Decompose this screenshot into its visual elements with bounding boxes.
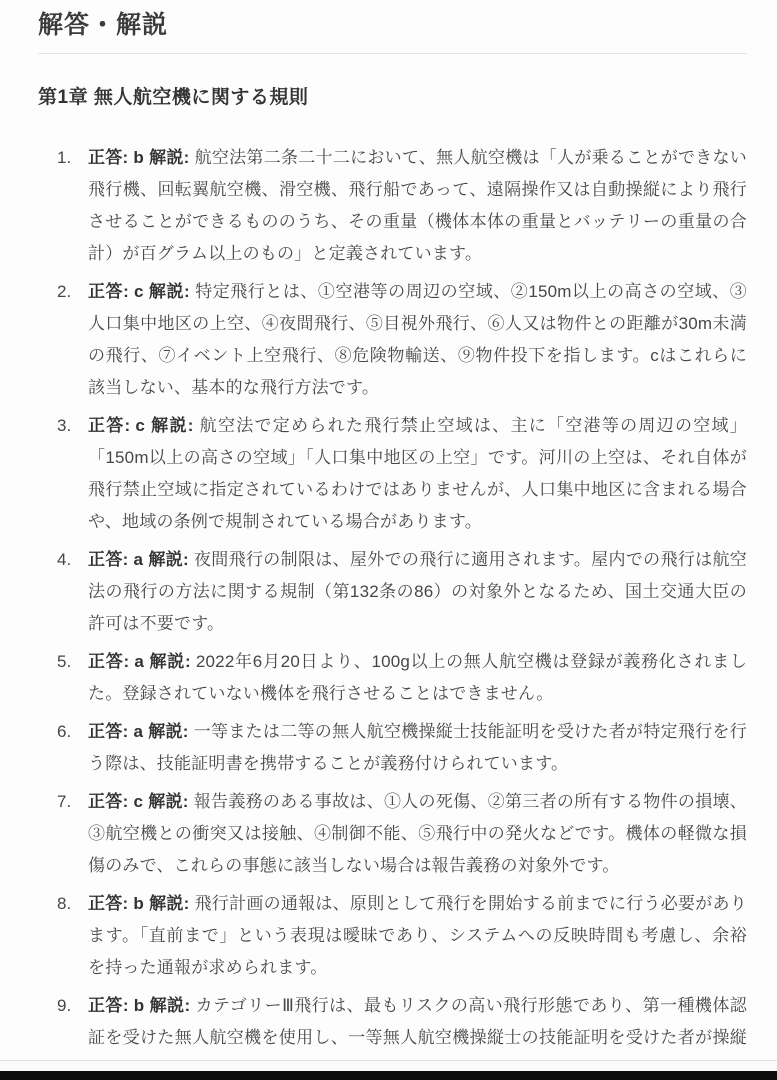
answer-value: a <box>134 652 144 671</box>
answer-item: 8. 正答:b解説:飛行計画の通報は、原則として飛行を開始する前までに行う必要が… <box>38 888 747 984</box>
item-body: 正答:a解説:一等または二等の無人航空機操縦士技能証明を受けた者が特定飛行を行う… <box>88 716 747 780</box>
answer-value: a <box>133 722 143 741</box>
answer-label: 正答: <box>88 550 129 569</box>
explanation-label: 解説: <box>149 652 191 671</box>
answer-item: 2. 正答:c解説:特定飛行とは、①空港等の周辺の空域、②150m以上の高さの空… <box>38 276 747 404</box>
photo-bottom-edge <box>0 1060 777 1071</box>
answer-item: 5. 正答:a解説:2022年6月20日より、100g以上の無人航空機は登録が義… <box>38 646 747 710</box>
explanation-label: 解説: <box>149 996 190 1015</box>
item-number: 9. <box>57 990 88 1022</box>
bottom-black-bar <box>0 1071 777 1080</box>
answer-label: 正答: <box>88 894 128 913</box>
answer-label: 正答: <box>88 652 129 671</box>
answer-label: 正答: <box>88 282 129 301</box>
answers-list: 1. 正答:b解説:航空法第二条二十二において、無人航空機は「人が乗ることができ… <box>38 142 747 1080</box>
explanation-label: 解説: <box>148 550 189 569</box>
item-body: 正答:c解説:航空法で定められた飛行禁止空域は、主に「空港等の周辺の空域」「15… <box>88 410 747 538</box>
answer-label: 正答: <box>88 148 128 167</box>
item-number: 8. <box>57 888 88 920</box>
answer-item: 6. 正答:a解説:一等または二等の無人航空機操縦士技能証明を受けた者が特定飛行… <box>38 716 747 780</box>
answer-value: b <box>133 148 144 167</box>
answer-label: 正答: <box>88 996 129 1015</box>
item-body: 正答:a解説:夜間飛行の制限は、屋外での飛行に適用されます。屋内での飛行は航空法… <box>88 544 747 640</box>
explanation-label: 解説: <box>149 894 189 913</box>
title-divider <box>38 53 747 54</box>
answer-item: 7. 正答:c解説:報告義務のある事故は、①人の死傷、②第三者の所有する物件の損… <box>38 786 747 882</box>
answer-label: 正答: <box>88 722 128 741</box>
item-body: 正答:c解説:報告義務のある事故は、①人の死傷、②第三者の所有する物件の損壊、③… <box>88 786 747 882</box>
explanation-label: 解説: <box>150 416 194 435</box>
answer-item: 3. 正答:c解説:航空法で定められた飛行禁止空域は、主に「空港等の周辺の空域」… <box>38 410 747 538</box>
answer-item: 4. 正答:a解説:夜間飛行の制限は、屋外での飛行に適用されます。屋内での飛行は… <box>38 544 747 640</box>
item-body: 正答:a解説:2022年6月20日より、100g以上の無人航空機は登録が義務化さ… <box>88 646 747 710</box>
item-body: 正答:b解説:飛行計画の通報は、原則として飛行を開始する前までに行う必要がありま… <box>88 888 747 984</box>
item-number: 3. <box>57 410 88 442</box>
explanation-label: 解説: <box>149 282 190 301</box>
answer-value: c <box>135 416 145 435</box>
answer-value: b <box>134 996 145 1015</box>
item-number: 1. <box>57 142 88 174</box>
answer-label: 正答: <box>88 416 130 435</box>
chapter-heading: 第1章 無人航空機に関する規則 <box>38 86 747 110</box>
answer-value: b <box>133 894 144 913</box>
item-body: 正答:b解説:航空法第二条二十二において、無人航空機は「人が乗ることができない飛… <box>88 142 747 270</box>
answer-label: 正答: <box>88 792 128 811</box>
item-number: 2. <box>57 276 88 308</box>
explanation-label: 解説: <box>149 148 190 167</box>
answer-item: 1. 正答:b解説:航空法第二条二十二において、無人航空機は「人が乗ることができ… <box>38 142 747 270</box>
answer-value: c <box>134 282 144 301</box>
answer-sheet-page: 解答・解説 第1章 無人航空機に関する規則 1. 正答:b解説:航空法第二条二十… <box>0 0 777 1080</box>
explanation-label: 解説: <box>148 722 189 741</box>
item-number: 6. <box>57 716 88 748</box>
explanation-label: 解説: <box>148 792 189 811</box>
answer-value: a <box>134 550 144 569</box>
item-number: 5. <box>57 646 88 678</box>
page-title: 解答・解説 <box>38 10 747 40</box>
answer-value: c <box>133 792 143 811</box>
item-number: 7. <box>57 786 88 818</box>
item-body: 正答:c解説:特定飛行とは、①空港等の周辺の空域、②150m以上の高さの空域、③… <box>88 276 747 404</box>
item-number: 4. <box>57 544 88 576</box>
